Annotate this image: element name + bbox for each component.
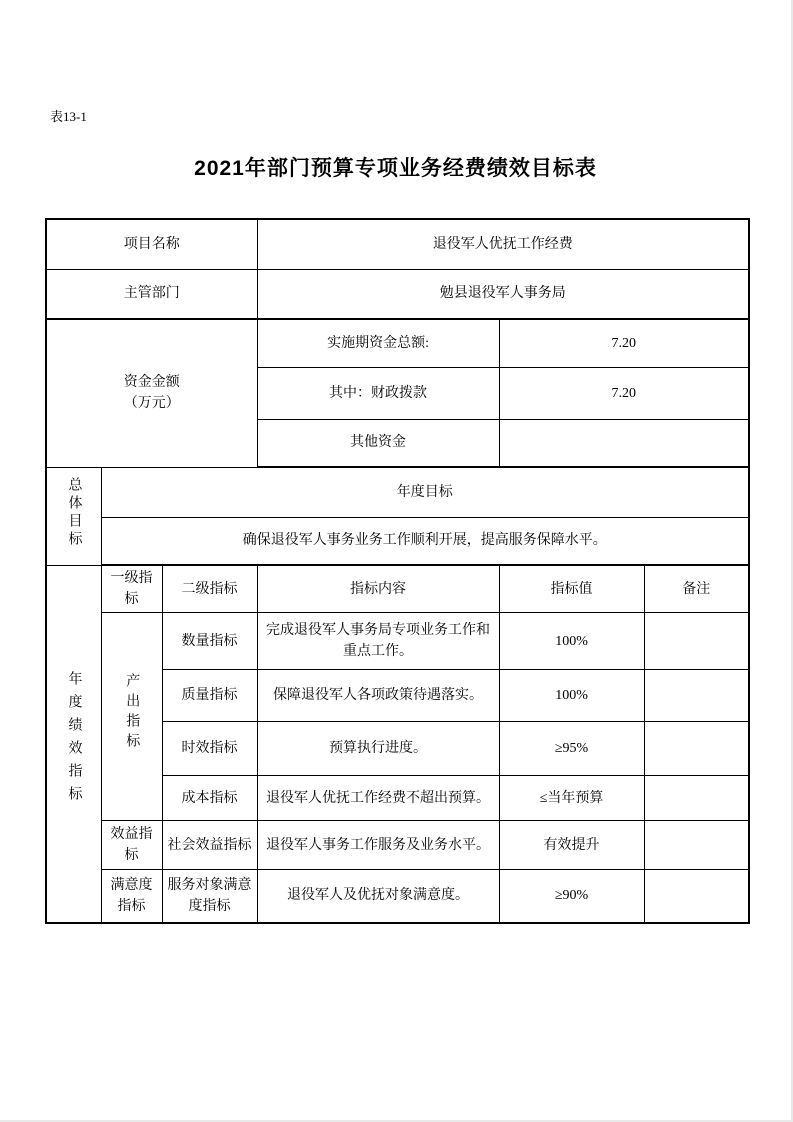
col-header-level1: 一级指标 <box>101 565 162 613</box>
indicator-note-cell <box>644 870 749 923</box>
doc-label: 表13-1 <box>50 106 87 125</box>
funding-value-fiscal: 7.20 <box>499 367 749 419</box>
col-header-content: 指标内容 <box>257 565 499 613</box>
overall-goal-band-label: 总体目标 <box>66 477 81 549</box>
annual-goal-header: 年度目标 <box>101 467 749 517</box>
indicators-band: 年度绩效指标 <box>46 565 101 923</box>
group-output-label: 产出指标 <box>101 613 162 821</box>
indicator-content-cell: 预算执行进度。 <box>257 722 499 776</box>
col-header-note: 备注 <box>644 565 749 613</box>
indicator-level2-cell: 时效指标 <box>162 722 257 776</box>
indicator-note-cell <box>644 821 749 870</box>
indicators-band-label: 年度绩效指标 <box>66 671 81 809</box>
indicator-value-cell: 100% <box>499 613 644 670</box>
indicator-value-cell: ≥90% <box>499 870 644 923</box>
indicator-content-cell: 退役军人事务工作服务及业务水平。 <box>257 821 499 870</box>
funding-item-fiscal: 其中：财政拨款 <box>257 367 499 419</box>
department-value: 勉县退役军人事务局 <box>257 269 749 319</box>
page-title: 2021年部门预算专项业务经费绩效目标表 <box>0 152 791 182</box>
department-label: 主管部门 <box>46 269 257 319</box>
project-name-label: 项目名称 <box>46 219 257 269</box>
indicator-content-cell: 退役军人优抚工作经费不超出预算。 <box>257 776 499 821</box>
funding-item-other: 其他资金 <box>257 419 499 467</box>
overall-goal-band: 总体目标 <box>46 467 101 565</box>
indicator-note-cell <box>644 613 749 670</box>
indicator-level2-cell: 数量指标 <box>162 613 257 670</box>
indicator-note-cell <box>644 776 749 821</box>
indicator-note-cell <box>644 722 749 776</box>
indicator-level2-cell: 质量指标 <box>162 670 257 722</box>
col-header-value: 指标值 <box>499 565 644 613</box>
indicator-value-cell: 100% <box>499 670 644 722</box>
group-satisfaction-label: 满意度指标 <box>101 870 162 923</box>
project-name-value: 退役军人优抚工作经费 <box>257 219 749 269</box>
col-header-level2: 二级指标 <box>162 565 257 613</box>
funding-label: 资金金额 （万元） <box>46 319 257 467</box>
indicator-content-cell: 退役军人及优抚对象满意度。 <box>257 870 499 923</box>
indicator-value-cell: ≥95% <box>499 722 644 776</box>
performance-target-table: 项目名称 退役军人优抚工作经费 主管部门 勉县退役军人事务局 资金金额 （万元）… <box>45 218 750 924</box>
indicator-note-cell <box>644 670 749 722</box>
funding-value-total: 7.20 <box>499 319 749 367</box>
indicator-content-cell: 保障退役军人各项政策待遇落实。 <box>257 670 499 722</box>
group-output-label-text: 产出指标 <box>124 673 139 753</box>
indicator-value-cell: ≤当年预算 <box>499 776 644 821</box>
group-benefit-label: 效益指标 <box>101 821 162 870</box>
funding-item-total: 实施期资金总额: <box>257 319 499 367</box>
indicator-level2-cell: 社会效益指标 <box>162 821 257 870</box>
annual-goal-content: 确保退役军人事务业务工作顺利开展，提高服务保障水平。 <box>101 517 749 565</box>
indicator-level2-cell: 成本指标 <box>162 776 257 821</box>
funding-value-other <box>499 419 749 467</box>
indicator-value-cell: 有效提升 <box>499 821 644 870</box>
indicator-content-cell: 完成退役军人事务局专项业务工作和重点工作。 <box>257 613 499 670</box>
indicator-level2-cell: 服务对象满意度指标 <box>162 870 257 923</box>
